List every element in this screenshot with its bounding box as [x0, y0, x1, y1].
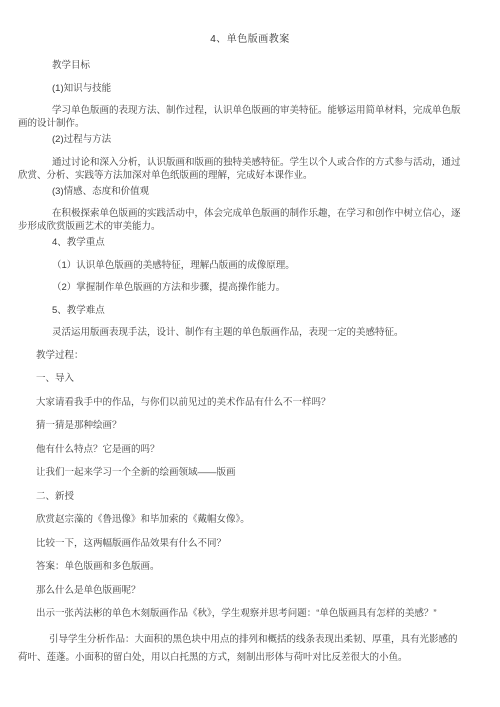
document-content: 教学目标 (1)知识与技能 学习单色版画的表现方法、制作过程，认识单色版画的审美…	[0, 59, 500, 667]
line-appreciate-works: 欣赏赵宗藻的《鲁迅像》和毕加索的《戴帽女像》。	[18, 513, 462, 526]
list-item-key-point-1: （1）认识单色版画的美感特征，理解凸版画的成像原理。	[18, 259, 462, 272]
heading-process-methods: (2)过程与方法	[18, 133, 462, 146]
paragraph-artwork-analysis: 引导学生分析作品：大面积的黑色块中用点的排列和概括的线条表现出柔韧、厚重，具有光…	[18, 631, 462, 667]
line-show-artwork: 出示一张芮法彬的单色木刻版画作品《秋》，学生观察并思考问题：“单色版画具有怎样的…	[18, 607, 462, 620]
paragraph-emotion-attitude-values: 在积极探索单色版画的实践活动中，体会完成单色版画的制作乐趣，在学习和创作中树立信…	[18, 207, 462, 233]
line-question-2: 猜一猜是那种绘画？	[18, 419, 462, 432]
heading-knowledge-skills: (1)知识与技能	[18, 82, 462, 95]
line-lead-in: 让我们一起来学习一个全新的绘画领域——版画	[18, 466, 462, 479]
line-answer: 答案：单色版画和多色版画。	[18, 560, 462, 573]
paragraph-teaching-difficulties: 灵活运用版画表现手法，设计、制作有主题的单色版画作品，表现一定的美感特征。	[18, 326, 462, 339]
line-what-is-question: 那么什么是单色版画呢？	[18, 584, 462, 597]
heading-section-intro: 一、导入	[18, 372, 462, 385]
paragraph-knowledge-skills: 学习单色版画的表现方法、制作过程，认识单色版画的审美特征。能够运用简单材料，完成…	[18, 104, 462, 130]
document-page: 4、单色版画教案 教学目标 (1)知识与技能 学习单色版画的表现方法、制作过程，…	[0, 0, 500, 707]
heading-teaching-difficulties: 5、教学难点	[18, 304, 462, 317]
heading-emotion-attitude-values: (3)情感、态度和价值观	[18, 185, 462, 198]
line-compare-question: 比较一下，这两幅版画作品效果有什么不同？	[18, 537, 462, 550]
heading-teaching-process: 教学过程：	[18, 349, 462, 362]
paragraph-process-methods: 通过讨论和深入分析，认识版画和版画的独特美感特征。学生以个人或合作的方式参与活动…	[18, 156, 462, 182]
heading-section-new-lesson: 二、新授	[18, 490, 462, 503]
list-item-key-point-2: （2）掌握制作单色版画的方法和步骤，提高操作能力。	[18, 281, 462, 294]
heading-teaching-objectives: 教学目标	[18, 59, 462, 72]
line-question-1: 大家请看我手中的作品，与你们以前见过的美术作品有什么不一样吗？	[18, 396, 462, 409]
line-question-3: 他有什么特点？它是画的吗？	[18, 443, 462, 456]
document-title: 4、单色版画教案	[0, 33, 500, 47]
heading-teaching-key-points: 4、教学重点	[18, 236, 462, 249]
